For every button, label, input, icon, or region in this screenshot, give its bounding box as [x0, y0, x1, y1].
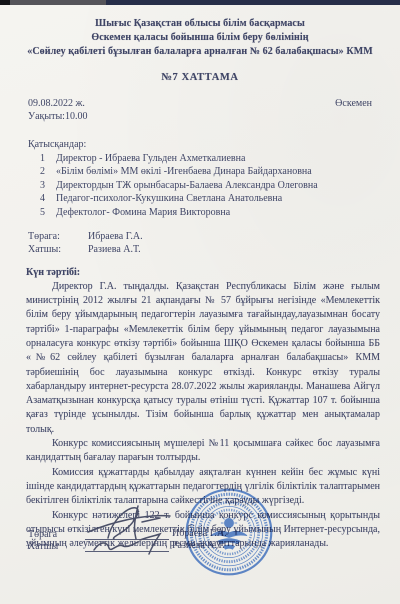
scanned-protocol-document: Шығыс Қазақстан облысы білім басқармасы … — [0, 0, 400, 604]
attendee-text: Директордын ТЖ орынбасары-Балаева Алекса… — [56, 179, 372, 192]
officials-block: Төрага: Ибраева Г.А. Хатшы: Разиева А.Т. — [28, 230, 372, 256]
attendee-number: 2 — [40, 165, 56, 178]
stamp-emblem-icon — [211, 515, 247, 549]
secretary-label: Хатшы: — [28, 243, 88, 256]
secretary-row: Хатшы: Разиева А.Т. — [28, 243, 372, 256]
document-time: Уақыты:10.00 — [28, 110, 372, 123]
scan-edge-strip — [0, 0, 400, 5]
attendee-text: Педагог-психолог-Кукушкина Светлана Анат… — [56, 192, 372, 205]
header-org-line2: Өскемен қаласы бойынша білім беру бөлімі… — [26, 31, 374, 45]
header-org-line1: Шығыс Қазақстан облысы білім басқармасы — [26, 17, 374, 31]
attendees-heading: Қатысқандар: — [28, 138, 372, 151]
official-round-stamp — [184, 487, 274, 577]
signature-chair-label: Төрага — [28, 529, 57, 540]
scan-edge-segment — [106, 0, 400, 5]
attendees-section: Қатысқандар: 1 Директор - Ибраева Гульде… — [28, 138, 372, 219]
chair-row: Төрага: Ибраева Г.А. — [28, 230, 372, 243]
attendee-text: Директор - Ибраева Гульден Ахметкалиевна — [56, 152, 372, 165]
agenda-paragraph: Директор Г.А. тыңдалды. Қазақстан Респуб… — [26, 280, 380, 437]
header-org-line3: «Сөйлеу қабілеті бұзылған балаларға арна… — [26, 45, 374, 59]
document-city: Өскемен — [335, 97, 372, 110]
meta-block: 09.08.2022 ж. Өскемен Уақыты:10.00 — [28, 97, 372, 123]
attendee-number: 1 — [40, 152, 56, 165]
agenda-heading: Күн тәртібі: — [26, 266, 380, 280]
attendee-number: 4 — [40, 192, 56, 205]
scan-edge-segment — [10, 0, 106, 5]
attendee-item: 3 Директордын ТЖ орынбасары-Балаева Алек… — [28, 179, 372, 192]
attendee-item: 1 Директор - Ибраева Гульден Ахметкалиев… — [28, 152, 372, 165]
handwritten-signatures — [78, 498, 188, 560]
protocol-title: №7 ХАТТАМА — [0, 72, 400, 83]
chair-name: Ибраева Г.А. — [88, 230, 143, 243]
document-date: 09.08.2022 ж. — [28, 97, 85, 110]
agenda-paragraph: Конкурс комиссиясының мүшелері №11 қосым… — [26, 437, 380, 466]
attendee-item: 5 Дефектолог- Фомина Мария Викторовна — [28, 206, 372, 219]
signature-secretary-label: Хатшы — [28, 541, 58, 552]
chair-label: Төрага: — [28, 230, 88, 243]
attendee-number: 3 — [40, 179, 56, 192]
secretary-name: Разиева А.Т. — [88, 243, 141, 256]
document-header: Шығыс Қазақстан облысы білім басқармасы … — [26, 17, 374, 59]
attendee-item: 4 Педагог-психолог-Кукушкина Светлана Ан… — [28, 192, 372, 205]
attendee-item: 2 «Білім бөлімі» ММ өкілі -Игенбаева Дин… — [28, 165, 372, 178]
attendee-text: Дефектолог- Фомина Мария Викторовна — [56, 206, 372, 219]
attendee-text: «Білім бөлімі» ММ өкілі -Игенбаева Динар… — [56, 165, 372, 178]
scan-edge-segment — [0, 0, 10, 5]
attendee-number: 5 — [40, 206, 56, 219]
